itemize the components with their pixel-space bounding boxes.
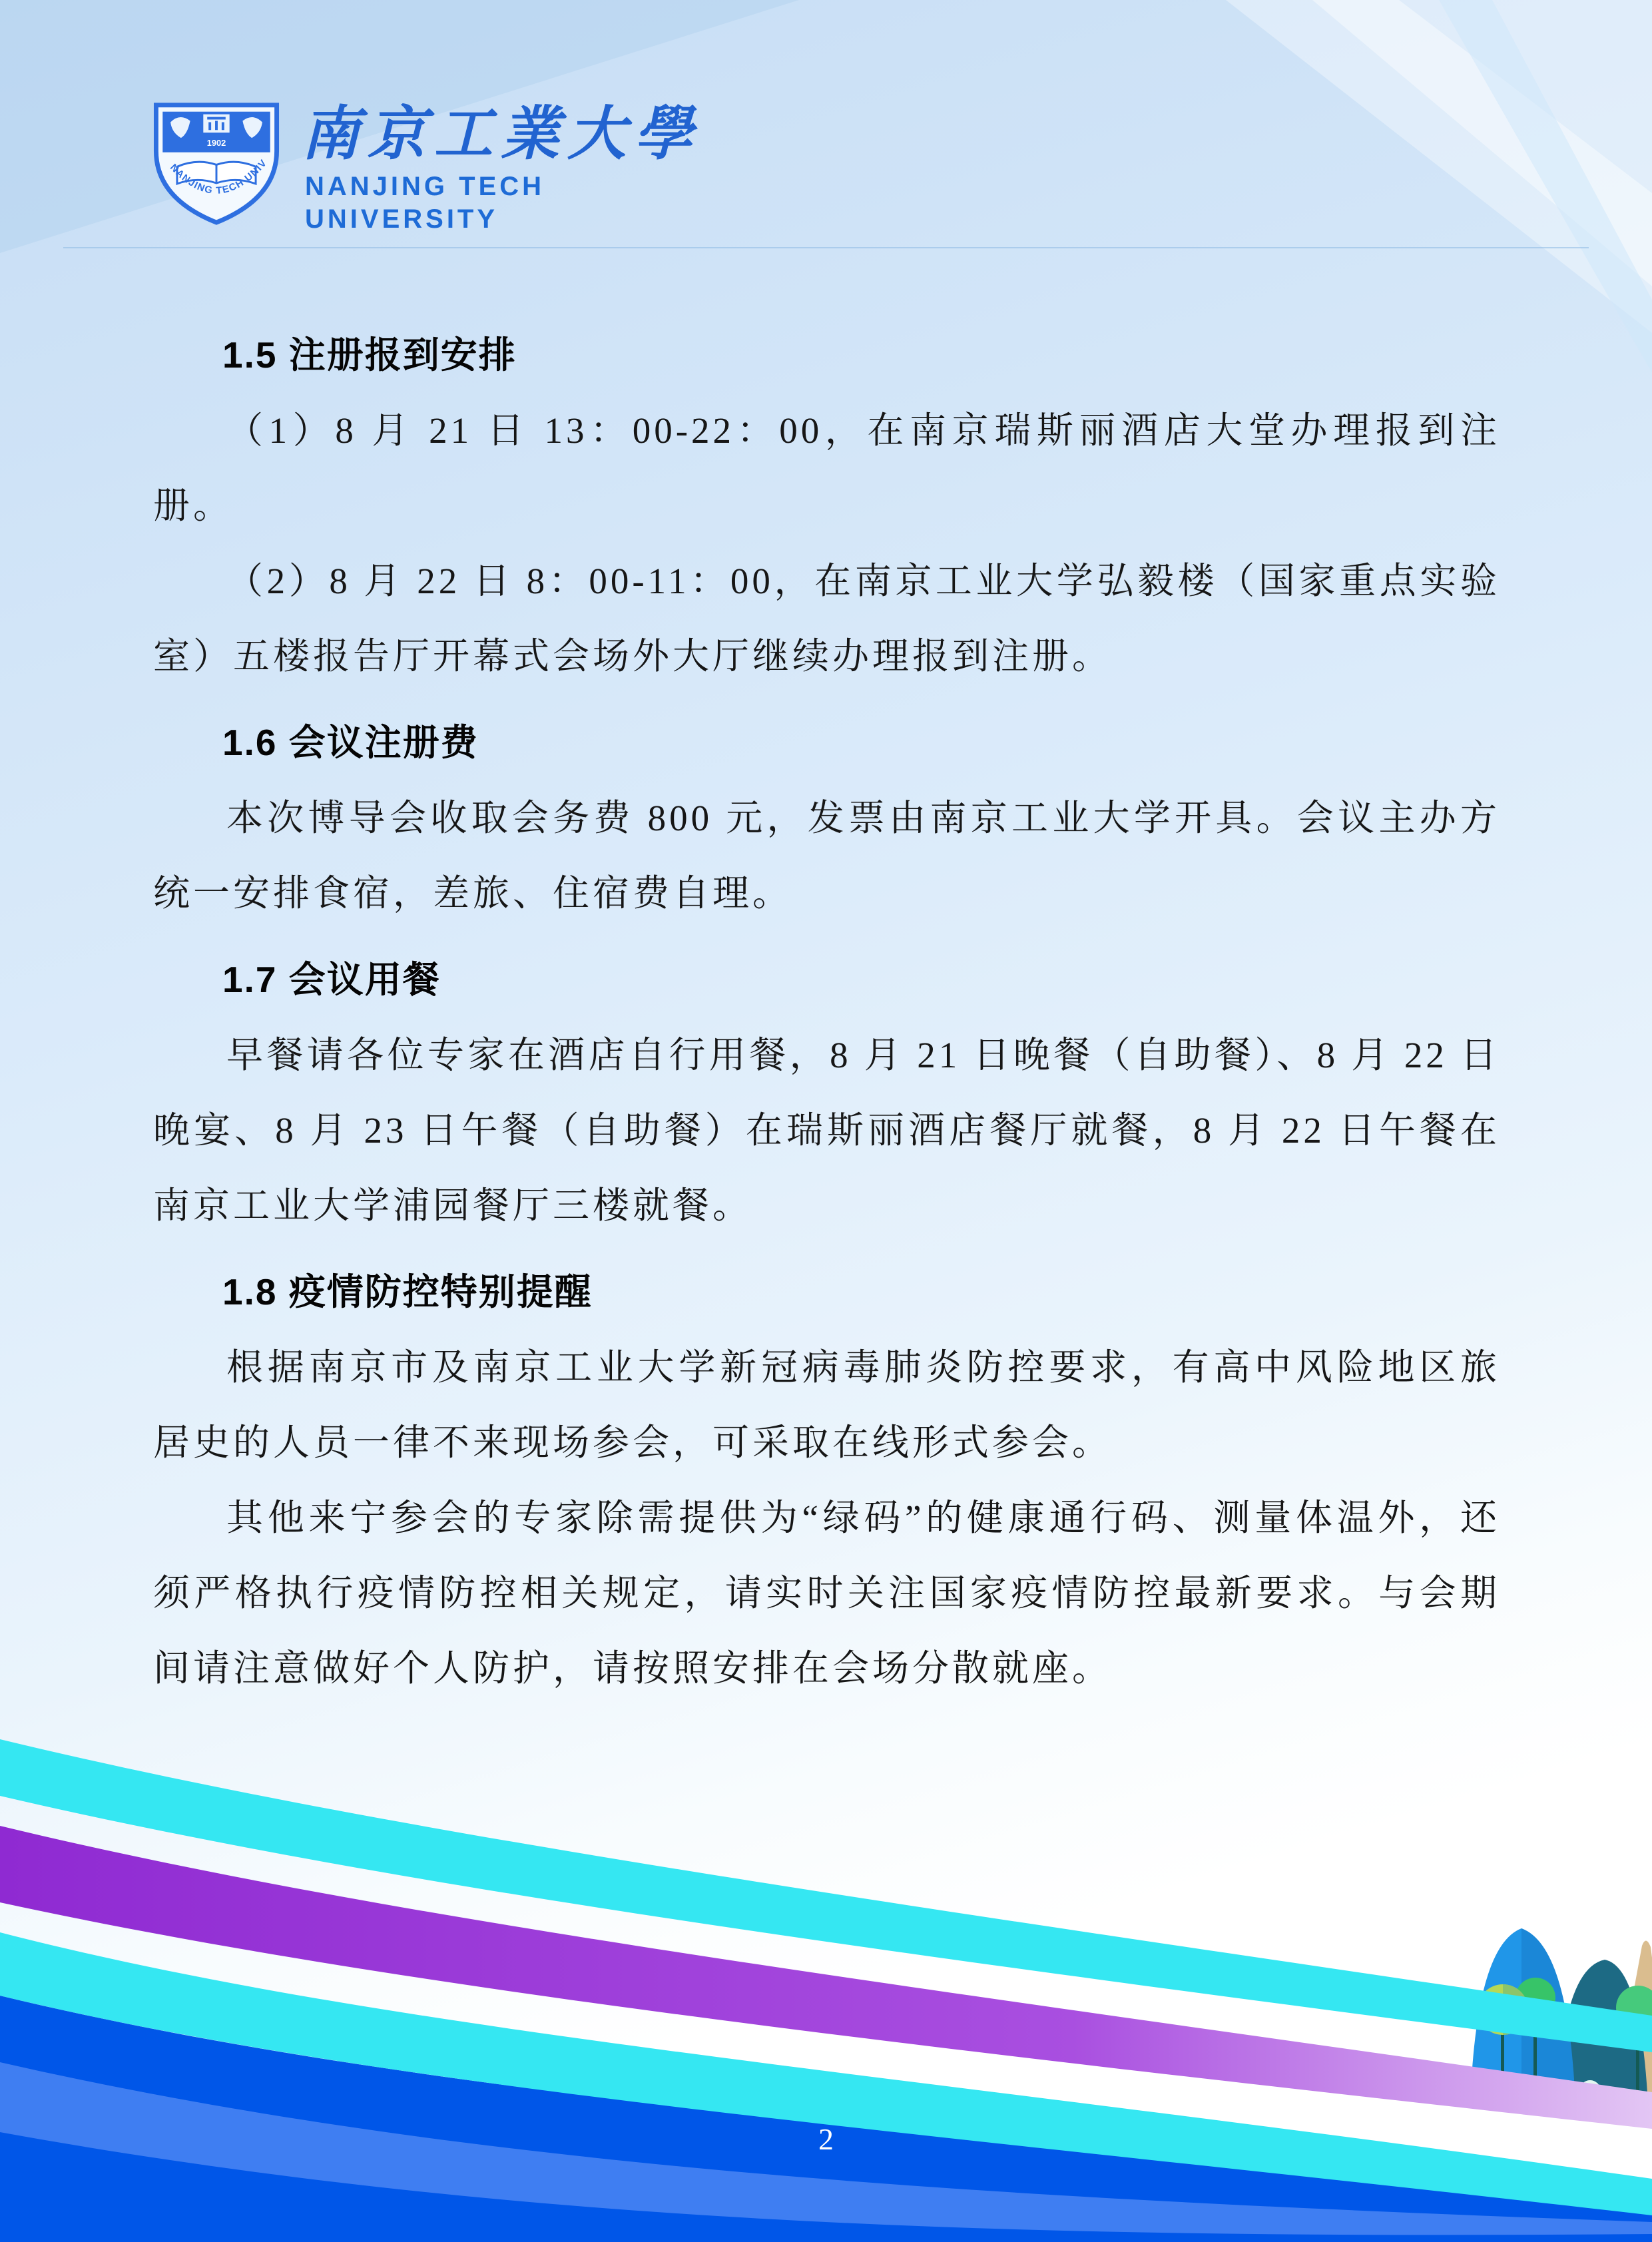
section-heading: 1.6 会议注册费 xyxy=(153,705,1500,780)
university-name-chinese: 南京工業大學 xyxy=(301,100,700,166)
section-1-6: 1.6 会议注册费 本次博导会收取会务费 800 元，发票由南京工业大学开具。会… xyxy=(153,705,1500,931)
paragraph: 根据南京市及南京工业大学新冠病毒肺炎防控要求，有高中风险地区旅居史的人员一律不来… xyxy=(153,1330,1500,1480)
emblem-year: 1902 xyxy=(207,138,226,148)
paragraph: （2）8 月 22 日 8：00-11：00，在南京工业大学弘毅楼（国家重点实验… xyxy=(153,543,1500,694)
section-1-8: 1.8 疫情防控特别提醒 根据南京市及南京工业大学新冠病毒肺炎防控要求，有高中风… xyxy=(153,1255,1500,1706)
section-heading: 1.5 注册报到安排 xyxy=(153,318,1500,393)
document-page: 1902 NANJING TECH UNIVERSITY 南京工業大學 NANJ… xyxy=(0,0,1652,2242)
section-heading: 1.8 疫情防控特别提醒 xyxy=(153,1255,1500,1330)
paragraph: 早餐请各位专家在酒店自行用餐，8 月 21 日晚餐（自助餐）、8 月 22 日晚… xyxy=(153,1017,1500,1243)
paragraph: 本次博导会收取会务费 800 元，发票由南京工业大学开具。会议主办方统一安排食宿… xyxy=(153,780,1500,931)
document-content: 1.5 注册报到安排 （1）8 月 21 日 13：00-22：00，在南京瑞斯… xyxy=(153,318,1500,1706)
paragraph: 其他来宁参会的专家除需提供为“绿码”的健康通行码、测量体温外，还须严格执行疫情防… xyxy=(153,1480,1500,1706)
paragraph: （1）8 月 21 日 13：00-22：00，在南京瑞斯丽酒店大堂办理报到注册… xyxy=(153,393,1500,543)
section-1-7: 1.7 会议用餐 早餐请各位专家在酒店自行用餐，8 月 21 日晚餐（自助餐）、… xyxy=(153,942,1500,1243)
footer-wave-bands xyxy=(0,1703,1652,2242)
section-1-5: 1.5 注册报到安排 （1）8 月 21 日 13：00-22：00，在南京瑞斯… xyxy=(153,318,1500,694)
page-number: 2 xyxy=(0,2121,1652,2157)
university-name-english: NANJING TECH UNIVERSITY xyxy=(305,170,545,236)
university-name-en-line1: NANJING TECH xyxy=(305,170,545,203)
header-divider xyxy=(63,247,1589,248)
section-heading: 1.7 会议用餐 xyxy=(153,942,1500,1017)
university-shield-logo: 1902 NANJING TECH UNIVERSITY xyxy=(150,99,282,226)
university-name-en-line2: UNIVERSITY xyxy=(305,203,545,236)
